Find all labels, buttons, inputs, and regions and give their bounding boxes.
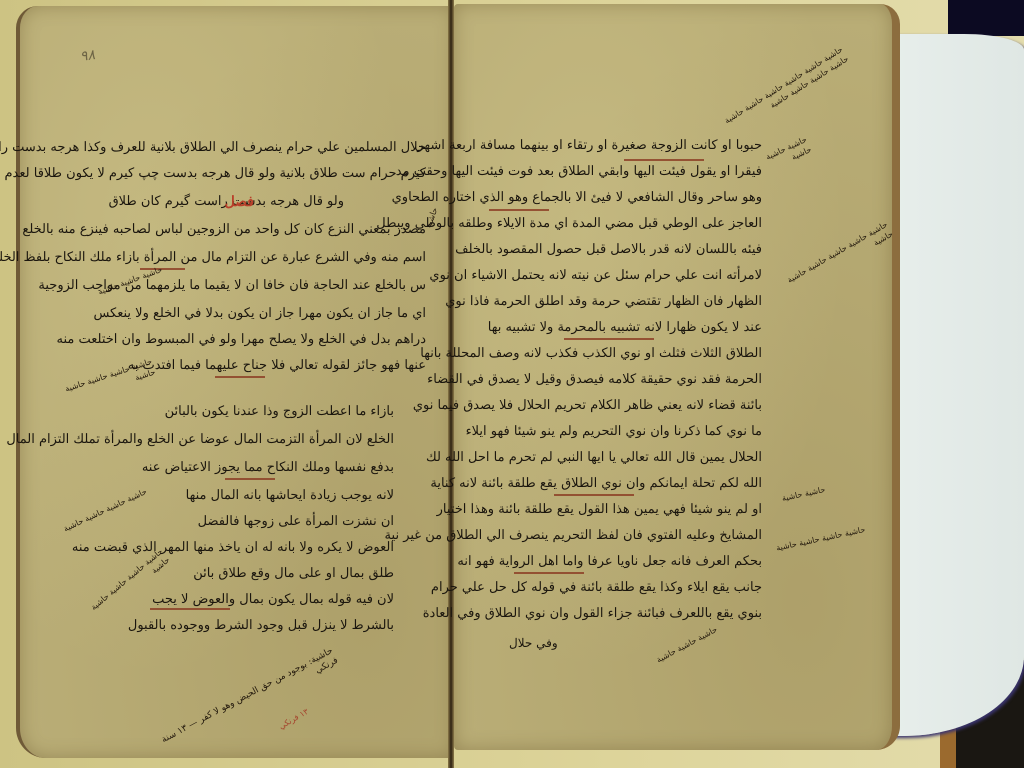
text-line: عند لا يكون ظهارا لانه تشبيه بالمحرمة ول… bbox=[488, 320, 762, 335]
text-line: بائنة قضاء لانه يعني ظاهر الكلام تحريم ا… bbox=[413, 398, 762, 413]
text-line: بدفع نفسها وملك النكاح مما يجوز الاعتياض… bbox=[142, 460, 394, 475]
text-line: الحلال يمين قال الله تعالي يا ايها النبي… bbox=[426, 450, 762, 465]
text-line: ما نوي كما ذكرنا وان نوي التحريم ولم ينو… bbox=[466, 424, 762, 439]
white-backing-sheet bbox=[892, 34, 1024, 736]
text-line: او لم ينو شيئا فهي يمين هذا القول يقع طل… bbox=[437, 502, 762, 517]
rubric-overline bbox=[225, 478, 275, 480]
text-line: بنوي يقع باللعرف فبائنة جزاء القول وان ن… bbox=[423, 606, 762, 621]
text-line: كيرم حرام ست طلاق بلانية ولو قال هرجه بد… bbox=[0, 166, 426, 181]
rubric-overline bbox=[564, 338, 654, 340]
text-line: الخلع لان المرأة التزمت المال عوضا عن ال… bbox=[6, 432, 394, 447]
text-line: لامرأته انت علي حرام سئل عن نيته لانه يح… bbox=[429, 268, 762, 283]
red-ink-note: ١٣ فرنكي bbox=[244, 706, 310, 751]
text-line: عنها فهو جائز لقوله تعالي فلا جناح عليهم… bbox=[128, 358, 426, 373]
text-line: بازاء ما اعطت الزوج وذا عندنا يكون بالبا… bbox=[165, 404, 394, 419]
rubric-overline bbox=[215, 376, 265, 378]
rubric-overline bbox=[554, 494, 634, 496]
text-line: فيقرا او يقول فيئت اليها وابقي الطلاق بع… bbox=[396, 164, 762, 179]
text-line: دراهم بدل في الخلع ولا يصلح مهرا ولو في … bbox=[57, 332, 426, 347]
text-line: اي ما جاز ان يكون مهرا جاز ان يكون بدلا … bbox=[93, 306, 426, 321]
margin-gloss: حاشية حاشية حاشية bbox=[635, 624, 720, 676]
text-line: طلق بمال او على مال وقع طلاق بائن bbox=[193, 566, 394, 581]
text-line: مصدر بمعني النزع كان كل واحد من الزوجين … bbox=[22, 222, 426, 237]
text-line: جانب يقع ايلاء وكذا يقع طلقة بائنة في قو… bbox=[431, 580, 762, 595]
text-line: الظهار فان الظهار تقتضي حرمة وقد اطلق ال… bbox=[445, 294, 762, 309]
text-line: بحكم العرف فانه جعل ناويا عرفا واما اهل … bbox=[457, 554, 762, 569]
margin-gloss: حاشية حاشية حاشية حاشية bbox=[756, 524, 866, 558]
folio-number: ٩٨ bbox=[79, 47, 96, 65]
text-line: فيئه باللسان لانه قدر بالاصل قبل حصول ال… bbox=[455, 242, 762, 257]
text-line: لان فيه قوله بمال يكون بمال والعوض لا يج… bbox=[152, 592, 394, 607]
catchword: وفي حلال bbox=[509, 636, 558, 650]
rubric-overline bbox=[624, 159, 704, 161]
margin-gloss: حاشية حاشية حاشية حاشية bbox=[53, 486, 148, 538]
section-rubric: فصل bbox=[225, 194, 254, 210]
text-line: المشايخ وعليه الفتوي فان لفظ التحريم ينص… bbox=[385, 528, 762, 543]
text-line: اسم منه وفي الشرع عبارة عن التزام مال من… bbox=[0, 250, 426, 265]
text-line: العوض لا يكره ولا بانه له ان ياخذ منها ا… bbox=[72, 540, 394, 555]
text-line: وهو ساحر وقال الشافعي لا فيئ الا بالجماع… bbox=[392, 190, 762, 205]
rubric-overline bbox=[489, 209, 549, 211]
rubric-overline bbox=[514, 572, 584, 574]
text-line: العاجز على الوطي قبل مضي المدة اي مدة ال… bbox=[376, 216, 762, 231]
margin-gloss: حاشية حاشية bbox=[756, 484, 827, 509]
margin-gloss: حاشية حاشية حاشية حاشية حاشية حاشية حاشي… bbox=[703, 44, 850, 147]
left-manuscript-page: ٩٨ حلال المسلمين علي حرام ينصرف الي الطل… bbox=[16, 6, 454, 758]
text-line: بالشرط لا ينزل قبل وجود الشرط ووجوده بال… bbox=[128, 618, 394, 633]
text-line: ان نشزت المرأة على زوجها فالفضل bbox=[198, 514, 394, 529]
dark-background-top bbox=[948, 0, 1024, 36]
right-manuscript-page: حبوبا او كانت الزوجة صغيرة او رتقاء او ب… bbox=[454, 4, 900, 750]
rubric-overline bbox=[150, 608, 230, 610]
text-line: حلال المسلمين علي حرام ينصرف الي الطلاق … bbox=[0, 140, 426, 155]
margin-gloss: حاشية حاشية حاشية حاشية حاشية حاشية bbox=[771, 219, 895, 303]
text-line: الطلاق الثلاث فثلث او نوي الكذب فكذب لان… bbox=[420, 346, 762, 361]
text-line: الحرمة فقد نوي حقيقة كلامه فيصدق وقيل لا… bbox=[427, 372, 762, 387]
margin-gloss: حاشية حاشية حاشية حاشية حاشية bbox=[45, 356, 156, 411]
text-line: لانه يوجب زيادة ايحاشها بانه المال منها bbox=[186, 488, 394, 503]
text-line: الله لكم تحلة ايمانكم وان نوي الطلاق يقع… bbox=[430, 476, 762, 491]
